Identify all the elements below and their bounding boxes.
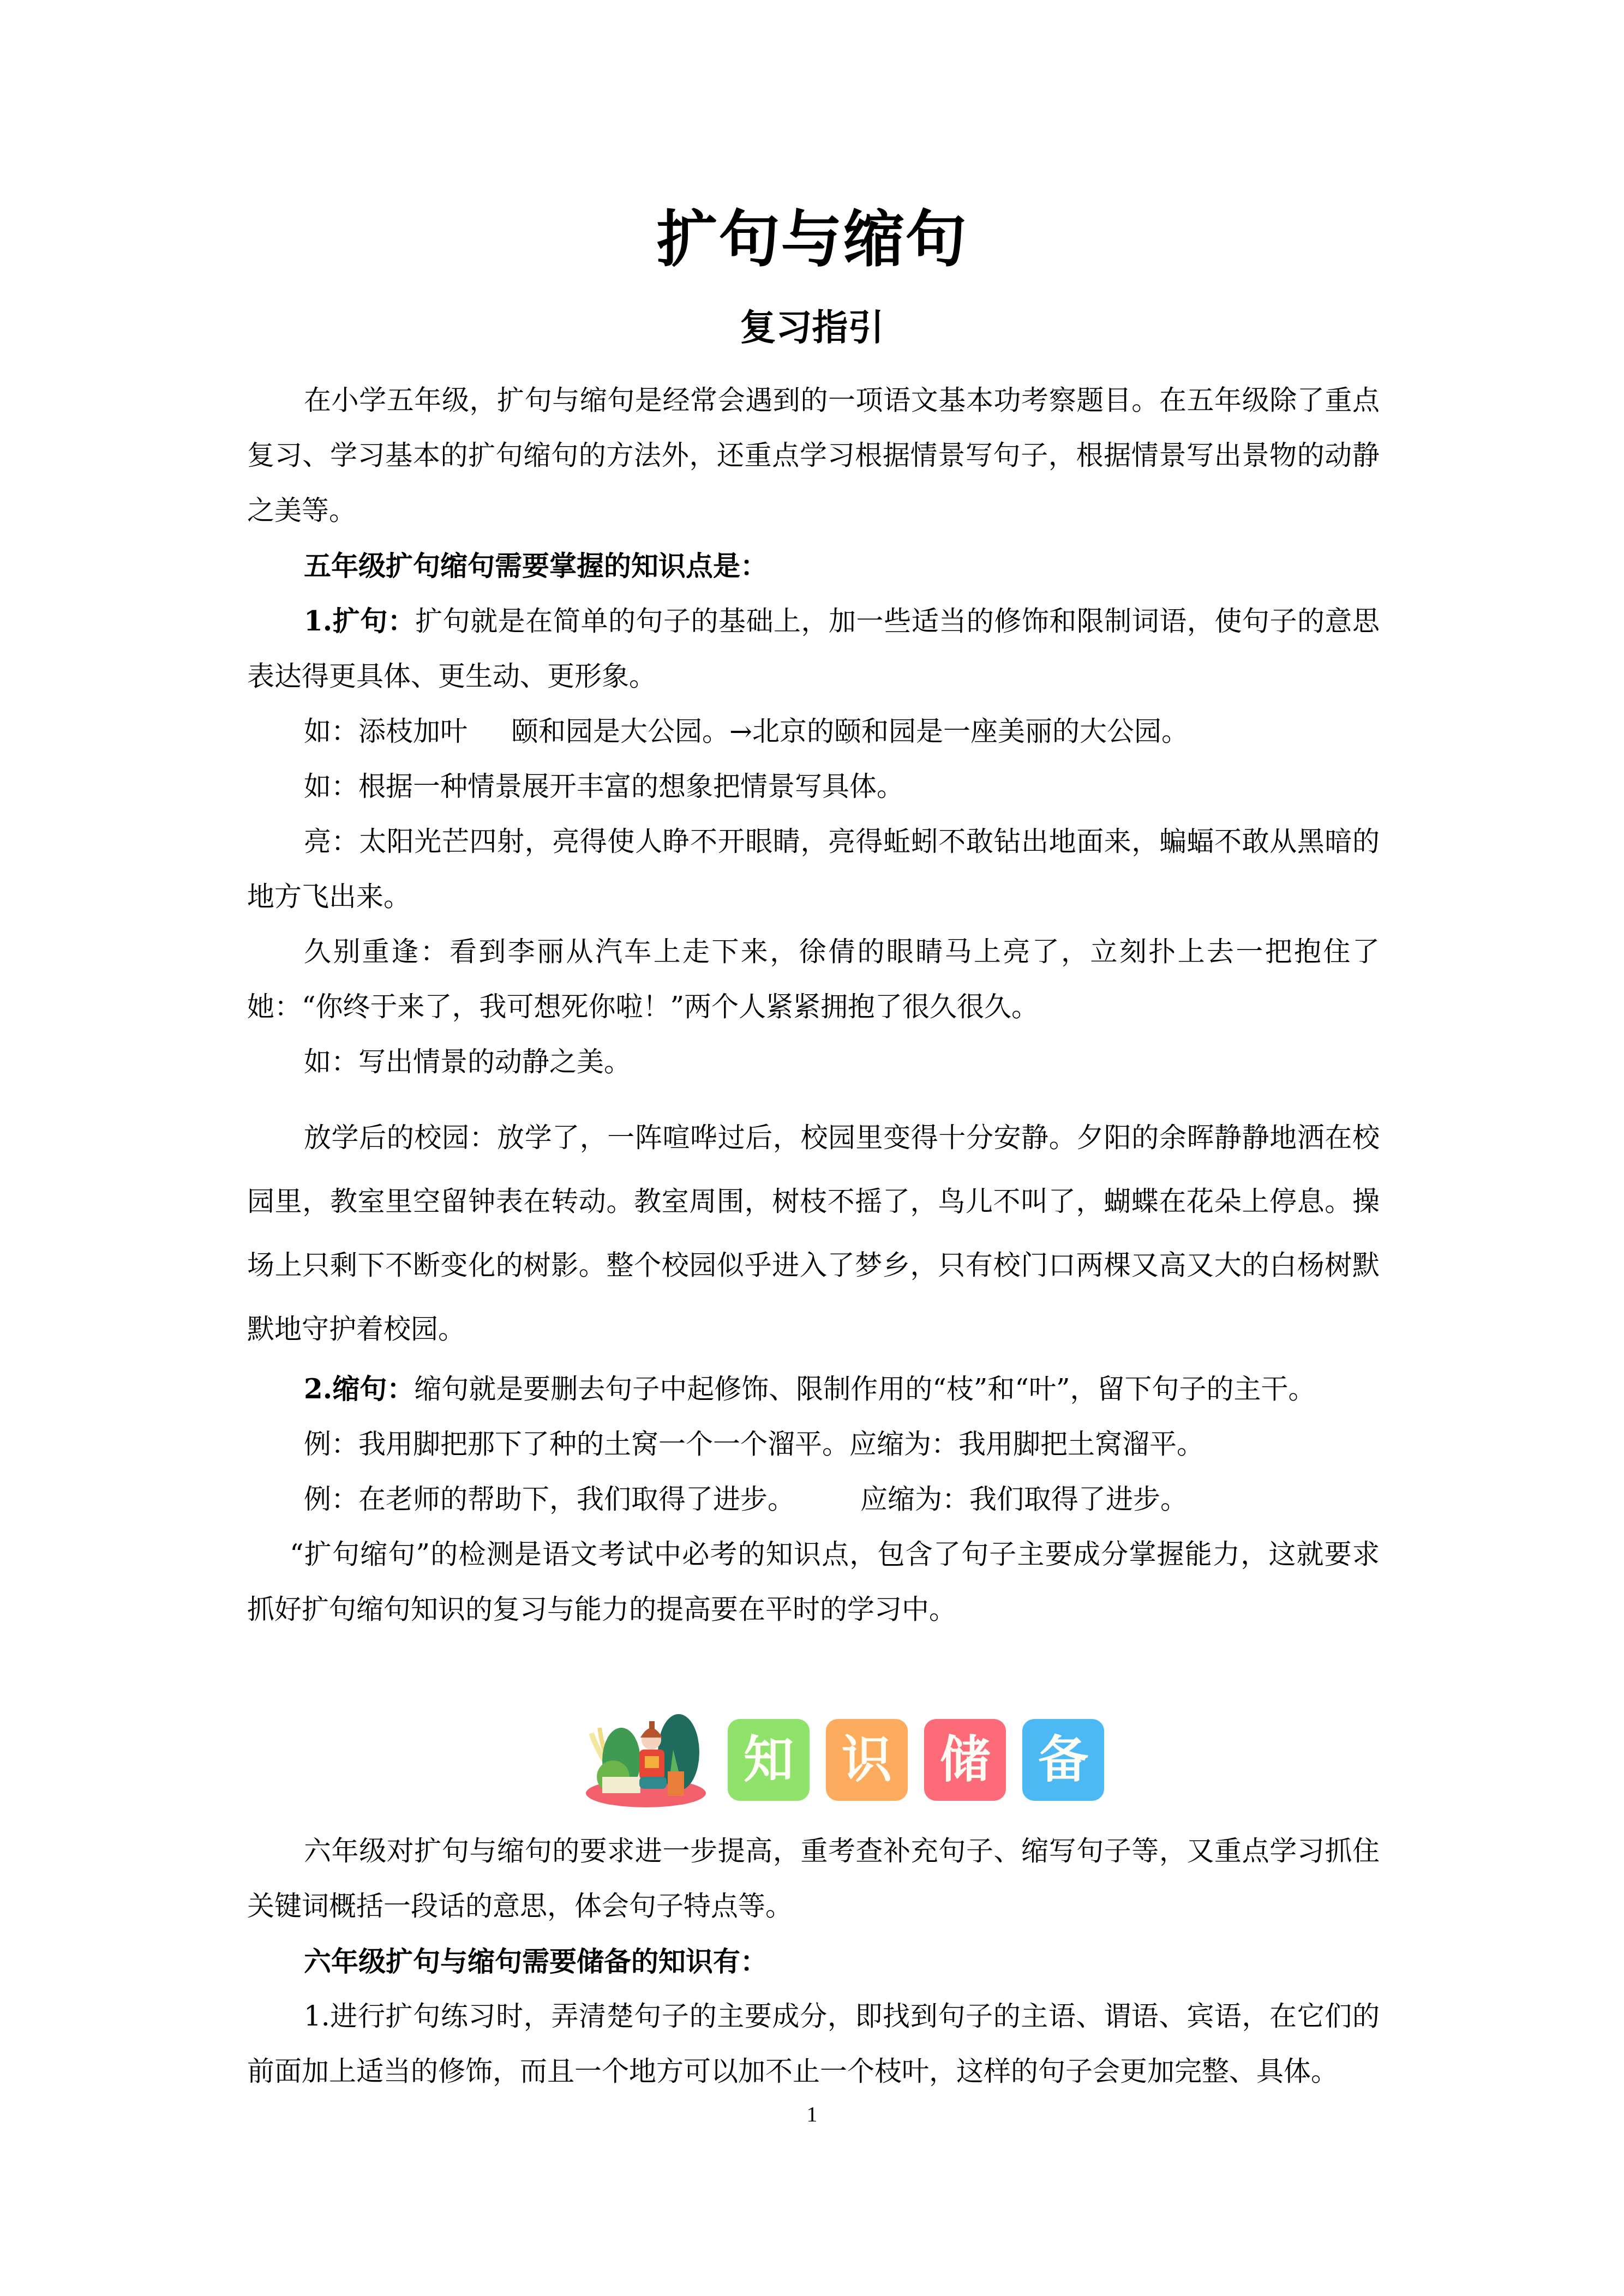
shrink-example-2-answer: 应缩为：我们取得了进步。: [860, 1483, 1188, 1515]
shrink-example-2-sentence: 例：在老师的帮助下，我们取得了进步。: [304, 1483, 795, 1515]
example-add-leaves-prefix: 如：添枝加叶: [304, 716, 468, 747]
example-motion-stillness: 如：写出情景的动静之美。: [247, 1035, 1380, 1090]
document-title: 扩句与缩句: [0, 205, 1624, 275]
section-heading-grade5: 五年级扩句缩句需要掌握的知识点是：: [247, 538, 1380, 593]
tile-chu-char: 储: [940, 1735, 990, 1785]
summary-paragraph: “扩句缩句”的检测是语文考试中必考的知识点，包含了句子主要成分掌握能力，这就要求…: [247, 1527, 1380, 1637]
tile-bei: 备: [1022, 1719, 1104, 1801]
example-after-school-campus: 放学后的校园：放学了，一阵喧哗过后，校园里变得十分安静。夕阳的余晖静静地洒在校园…: [247, 1106, 1380, 1361]
example-imagination: 如：根据一种情景展开丰富的想象把情景写具体。: [247, 759, 1380, 814]
section-grade5: 在小学五年级，扩句与缩句是经常会遇到的一项语文基本功考察题目。在五年级除了重点复…: [247, 373, 1380, 1637]
girl-reading-illustration-icon: [580, 1711, 711, 1808]
example-bright: 亮：太阳光芒四射，亮得使人睁不开眼睛，亮得蚯蚓不敢钻出地面来，蝙蝠不敢从黑暗的地…: [247, 814, 1380, 924]
shrink-example-2: 例：在老师的帮助下，我们取得了进步。应缩为：我们取得了进步。: [247, 1472, 1380, 1527]
example-reunion: 久别重逢：看到李丽从汽车上走下来，徐倩的眼睛马上亮了，立刻扑上去一把抱住了她：“…: [247, 924, 1380, 1035]
section-heading-grade6: 六年级扩句与缩句需要储备的知识有：: [247, 1934, 1380, 1989]
section-grade6: 六年级对扩句与缩句的要求进一步提高，重考查补充句子、缩写句子等，又重点学习抓住关…: [247, 1824, 1380, 2099]
document-page: 扩句与缩句 复习指引 在小学五年级，扩句与缩句是经常会遇到的一项语文基本功考察题…: [0, 0, 1624, 2296]
tile-shi: 识: [826, 1719, 908, 1801]
tile-bei-char: 备: [1038, 1735, 1088, 1785]
intro-paragraph: 在小学五年级，扩句与缩句是经常会遇到的一项语文基本功考察题目。在五年级除了重点复…: [247, 373, 1380, 538]
grade6-point-1: 1.进行扩句练习时，弄清楚句子的主要成分，即找到句子的主语、谓语、宾语，在它们的…: [247, 1989, 1380, 2099]
tile-chu: 储: [924, 1719, 1006, 1801]
tile-zhi: 知: [728, 1719, 810, 1801]
page-number: 1: [0, 2101, 1624, 2128]
grade6-intro: 六年级对扩句与缩句的要求进一步提高，重考查补充句子、缩写句子等，又重点学习抓住关…: [247, 1824, 1380, 1934]
point-expand: 1.扩句：扩句就是在简单的句子的基础上，加一些适当的修饰和限制词语，使句子的意思…: [247, 593, 1380, 704]
point-expand-label: 1.扩句：: [304, 605, 415, 637]
example-add-leaves: 如：添枝加叶颐和园是大公园。→北京的颐和园是一座美丽的大公园。: [247, 704, 1380, 759]
point-expand-text: 扩句就是在简单的句子的基础上，加一些适当的修饰和限制词语，使句子的意思表达得更具…: [247, 605, 1380, 692]
document-subtitle: 复习指引: [0, 303, 1624, 352]
tile-zhi-char: 知: [744, 1735, 794, 1785]
shrink-example-1: 例：我用脚把那下了种的土窝一个一个溜平。应缩为：我用脚把土窝溜平。: [247, 1417, 1380, 1472]
point-shrink-label: 2.缩句：: [304, 1373, 414, 1405]
knowledge-reserve-banner: 知 识 储 备: [580, 1711, 1104, 1808]
example-add-leaves-text: 颐和园是大公园。→北京的颐和园是一座美丽的大公园。: [511, 716, 1189, 747]
point-shrink-text: 缩句就是要删去句子中起修饰、限制作用的“枝”和“叶”，留下句子的主干。: [414, 1373, 1315, 1405]
point-shrink: 2.缩句：缩句就是要删去句子中起修饰、限制作用的“枝”和“叶”，留下句子的主干。: [247, 1361, 1380, 1417]
tile-shi-char: 识: [842, 1735, 892, 1785]
